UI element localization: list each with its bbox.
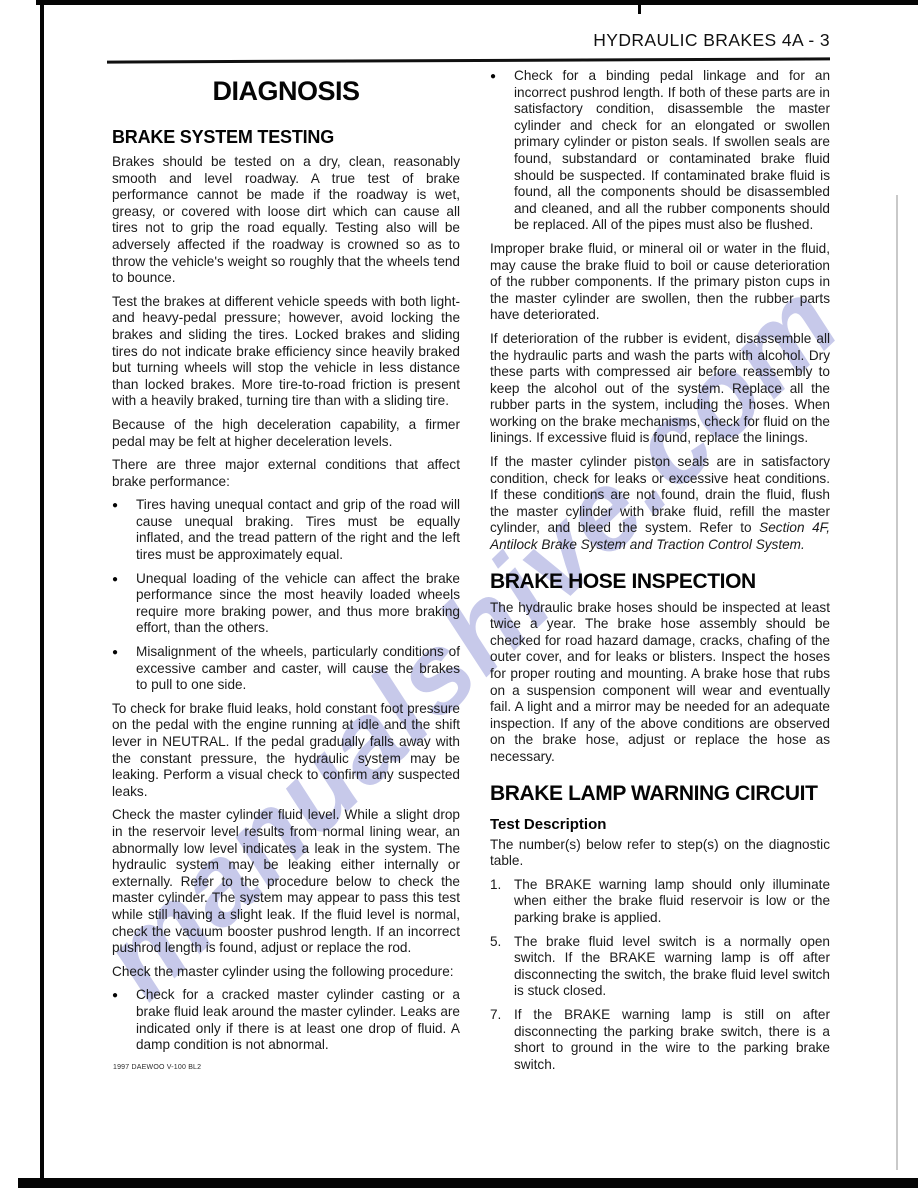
step-number: 1. [490, 877, 514, 927]
numbered-step: 7. If the BRAKE warning lamp is still on… [490, 1007, 830, 1073]
page-content: DIAGNOSIS BRAKE SYSTEM TESTING Brakes sh… [112, 68, 830, 1080]
paragraph: To check for brake fluid leaks, hold con… [112, 701, 460, 801]
running-header: HYDRAULIC BRAKES 4A - 3 [593, 30, 830, 51]
page-title: DIAGNOSIS [112, 76, 460, 107]
step-number: 7. [490, 1007, 514, 1073]
left-column: DIAGNOSIS BRAKE SYSTEM TESTING Brakes sh… [112, 68, 460, 1080]
section-heading-brake-system-testing: BRAKE SYSTEM TESTING [112, 127, 460, 148]
step-text: The brake fluid level switch is a normal… [514, 934, 830, 1000]
bullet-icon: ● [112, 571, 136, 637]
list-item: ● Check for a binding pedal linkage and … [490, 68, 830, 234]
scan-edge-right [896, 195, 898, 1170]
list-item-text: Unequal loading of the vehicle can affec… [136, 571, 460, 637]
paragraph: Improper brake fluid, or mineral oil or … [490, 241, 830, 324]
bullet-icon: ● [112, 644, 136, 694]
list-item-text: Check for a binding pedal linkage and fo… [514, 68, 830, 234]
subsection-heading-test-description: Test Description [490, 816, 830, 833]
manual-page: manualshive.com HYDRAULIC BRAKES 4A - 3 … [0, 0, 918, 1188]
paragraph: Check the master cylinder fluid level. W… [112, 807, 460, 956]
paragraph: Brakes should be tested on a dry, clean,… [112, 154, 460, 287]
numbered-step: 1. The BRAKE warning lamp should only il… [490, 877, 830, 927]
paragraph: There are three major external condition… [112, 457, 460, 490]
right-column: ● Check for a binding pedal linkage and … [490, 68, 830, 1080]
paragraph: Check the master cylinder using the foll… [112, 964, 460, 981]
list-item: ● Check for a cracked master cylinder ca… [112, 987, 460, 1053]
list-item: ● Misalignment of the wheels, particular… [112, 644, 460, 694]
paragraph: If the master cylinder piston seals are … [490, 454, 830, 554]
list-item-text: Check for a cracked master cylinder cast… [136, 987, 460, 1053]
footnote: 1997 DAEWOO V-100 BL2 [113, 1064, 201, 1071]
step-text: The BRAKE warning lamp should only illum… [514, 877, 830, 927]
header-rule [107, 57, 830, 63]
step-text: If the BRAKE warning lamp is still on af… [514, 1007, 830, 1073]
page-border-left [40, 0, 44, 1178]
bullet-icon: ● [112, 987, 136, 1053]
paragraph: Test the brakes at different vehicle spe… [112, 294, 460, 410]
paragraph: The hydraulic brake hoses should be insp… [490, 600, 830, 766]
numbered-step: 5. The brake fluid level switch is a nor… [490, 934, 830, 1000]
page-border-bottom [18, 1178, 918, 1188]
section-heading-brake-hose-inspection: BRAKE HOSE INSPECTION [490, 570, 830, 594]
list-item: ● Tires having unequal contact and grip … [112, 497, 460, 563]
bullet-icon: ● [490, 68, 514, 234]
section-heading-brake-lamp-warning-circuit: BRAKE LAMP WARNING CIRCUIT [490, 782, 830, 806]
bullet-icon: ● [112, 497, 136, 563]
paragraph: The number(s) below refer to step(s) on … [490, 837, 830, 870]
step-number: 5. [490, 934, 514, 1000]
list-item-text: Tires having unequal contact and grip of… [136, 497, 460, 563]
list-item-text: Misalignment of the wheels, particularly… [136, 644, 460, 694]
list-item: ● Unequal loading of the vehicle can aff… [112, 571, 460, 637]
page-border-top [36, 0, 918, 5]
paragraph: If deterioration of the rubber is eviden… [490, 331, 830, 447]
page-border-top-tick [638, 5, 641, 14]
paragraph: Because of the high deceleration capabil… [112, 417, 460, 450]
